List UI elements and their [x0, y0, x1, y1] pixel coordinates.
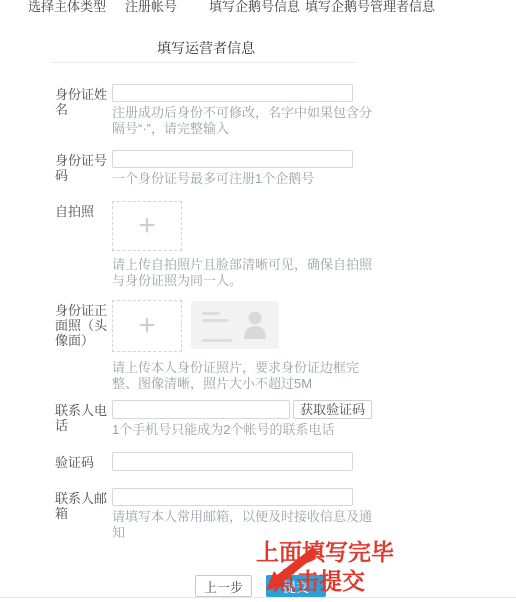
selfie-label: 自拍照	[55, 201, 112, 289]
id-number-hint: 一个身份证号最多可注册1个企鹅号	[112, 171, 374, 187]
id-name-label: 身份证姓名	[55, 84, 112, 137]
get-verification-code-button[interactable]: 获取验证码	[293, 400, 372, 419]
field-captcha: 验证码	[55, 452, 516, 471]
step-choose-subject-type[interactable]: 选择主体类型	[28, 0, 106, 15]
step-fill-manager-info[interactable]: 填写企鹅号管理者信息	[305, 0, 435, 15]
bottom-divider	[0, 597, 516, 598]
field-contact-email: 联系人邮箱 请填写本人常用邮箱，以便及时接收信息及通 知	[55, 488, 516, 541]
email-input[interactable]	[112, 488, 353, 506]
id-front-label: 身份证正面照（头像面）	[55, 300, 112, 392]
captcha-label: 验证码	[55, 452, 112, 471]
steps-nav: 选择主体类型 注册帐号 填写企鹅号信息 填写企鹅号管理者信息	[0, 0, 516, 15]
id-number-label: 身份证号码	[55, 150, 112, 187]
field-selfie: 自拍照 + 请上传自拍照片且脸部清晰可见，确保自拍照 与身份证照为同一人。	[55, 201, 516, 289]
email-label: 联系人邮箱	[55, 488, 112, 541]
step-fill-account-info[interactable]: 填写企鹅号信息	[209, 0, 300, 15]
captcha-input[interactable]	[112, 452, 353, 471]
phone-input[interactable]	[112, 400, 290, 419]
plus-icon: +	[138, 311, 156, 341]
id-name-hint: 注册成功后身份不可修改，名字中如果包含分 隔号“·”，请完整输入	[112, 105, 374, 137]
plus-icon: +	[138, 211, 156, 241]
field-id-number: 身份证号码 一个身份证号最多可注册1个企鹅号	[55, 150, 516, 187]
id-front-hint: 请上传本人身份证照片，要求身份证边框完 整、图像清晰，照片大小不超过5M	[112, 360, 374, 392]
phone-label: 联系人电话	[55, 400, 112, 438]
id-number-input[interactable]	[112, 150, 353, 168]
id-card-sample-image	[191, 301, 279, 349]
annotation-arrow-icon	[250, 546, 340, 596]
id-name-input[interactable]	[112, 84, 353, 102]
field-id-front-photo: 身份证正面照（头像面） + 请上传本人身份证照片，要求身份证边框完 整、图像清晰…	[55, 300, 516, 392]
page-title: 填写运营者信息	[0, 38, 412, 56]
phone-hint: 1个手机号只能成为2个帐号的联系电话	[112, 422, 374, 438]
previous-step-button[interactable]: 上一步	[195, 575, 252, 597]
operator-info-form: 身份证姓名 注册成功后身份不可修改，名字中如果包含分 隔号“·”，请完整输入 身…	[0, 84, 516, 597]
selfie-upload-box[interactable]: +	[112, 201, 182, 251]
email-hint: 请填写本人常用邮箱，以便及时接收信息及通 知	[112, 509, 374, 541]
title-divider	[50, 62, 357, 63]
id-front-upload-box[interactable]: +	[112, 300, 182, 352]
step-register-account[interactable]: 注册帐号	[125, 0, 177, 15]
selfie-hint: 请上传自拍照片且脸部清晰可见，确保自拍照 与身份证照为同一人。	[112, 257, 374, 289]
field-contact-phone: 联系人电话 获取验证码 1个手机号只能成为2个帐号的联系电话	[55, 400, 516, 438]
field-id-name: 身份证姓名 注册成功后身份不可修改，名字中如果包含分 隔号“·”，请完整输入	[55, 84, 516, 137]
